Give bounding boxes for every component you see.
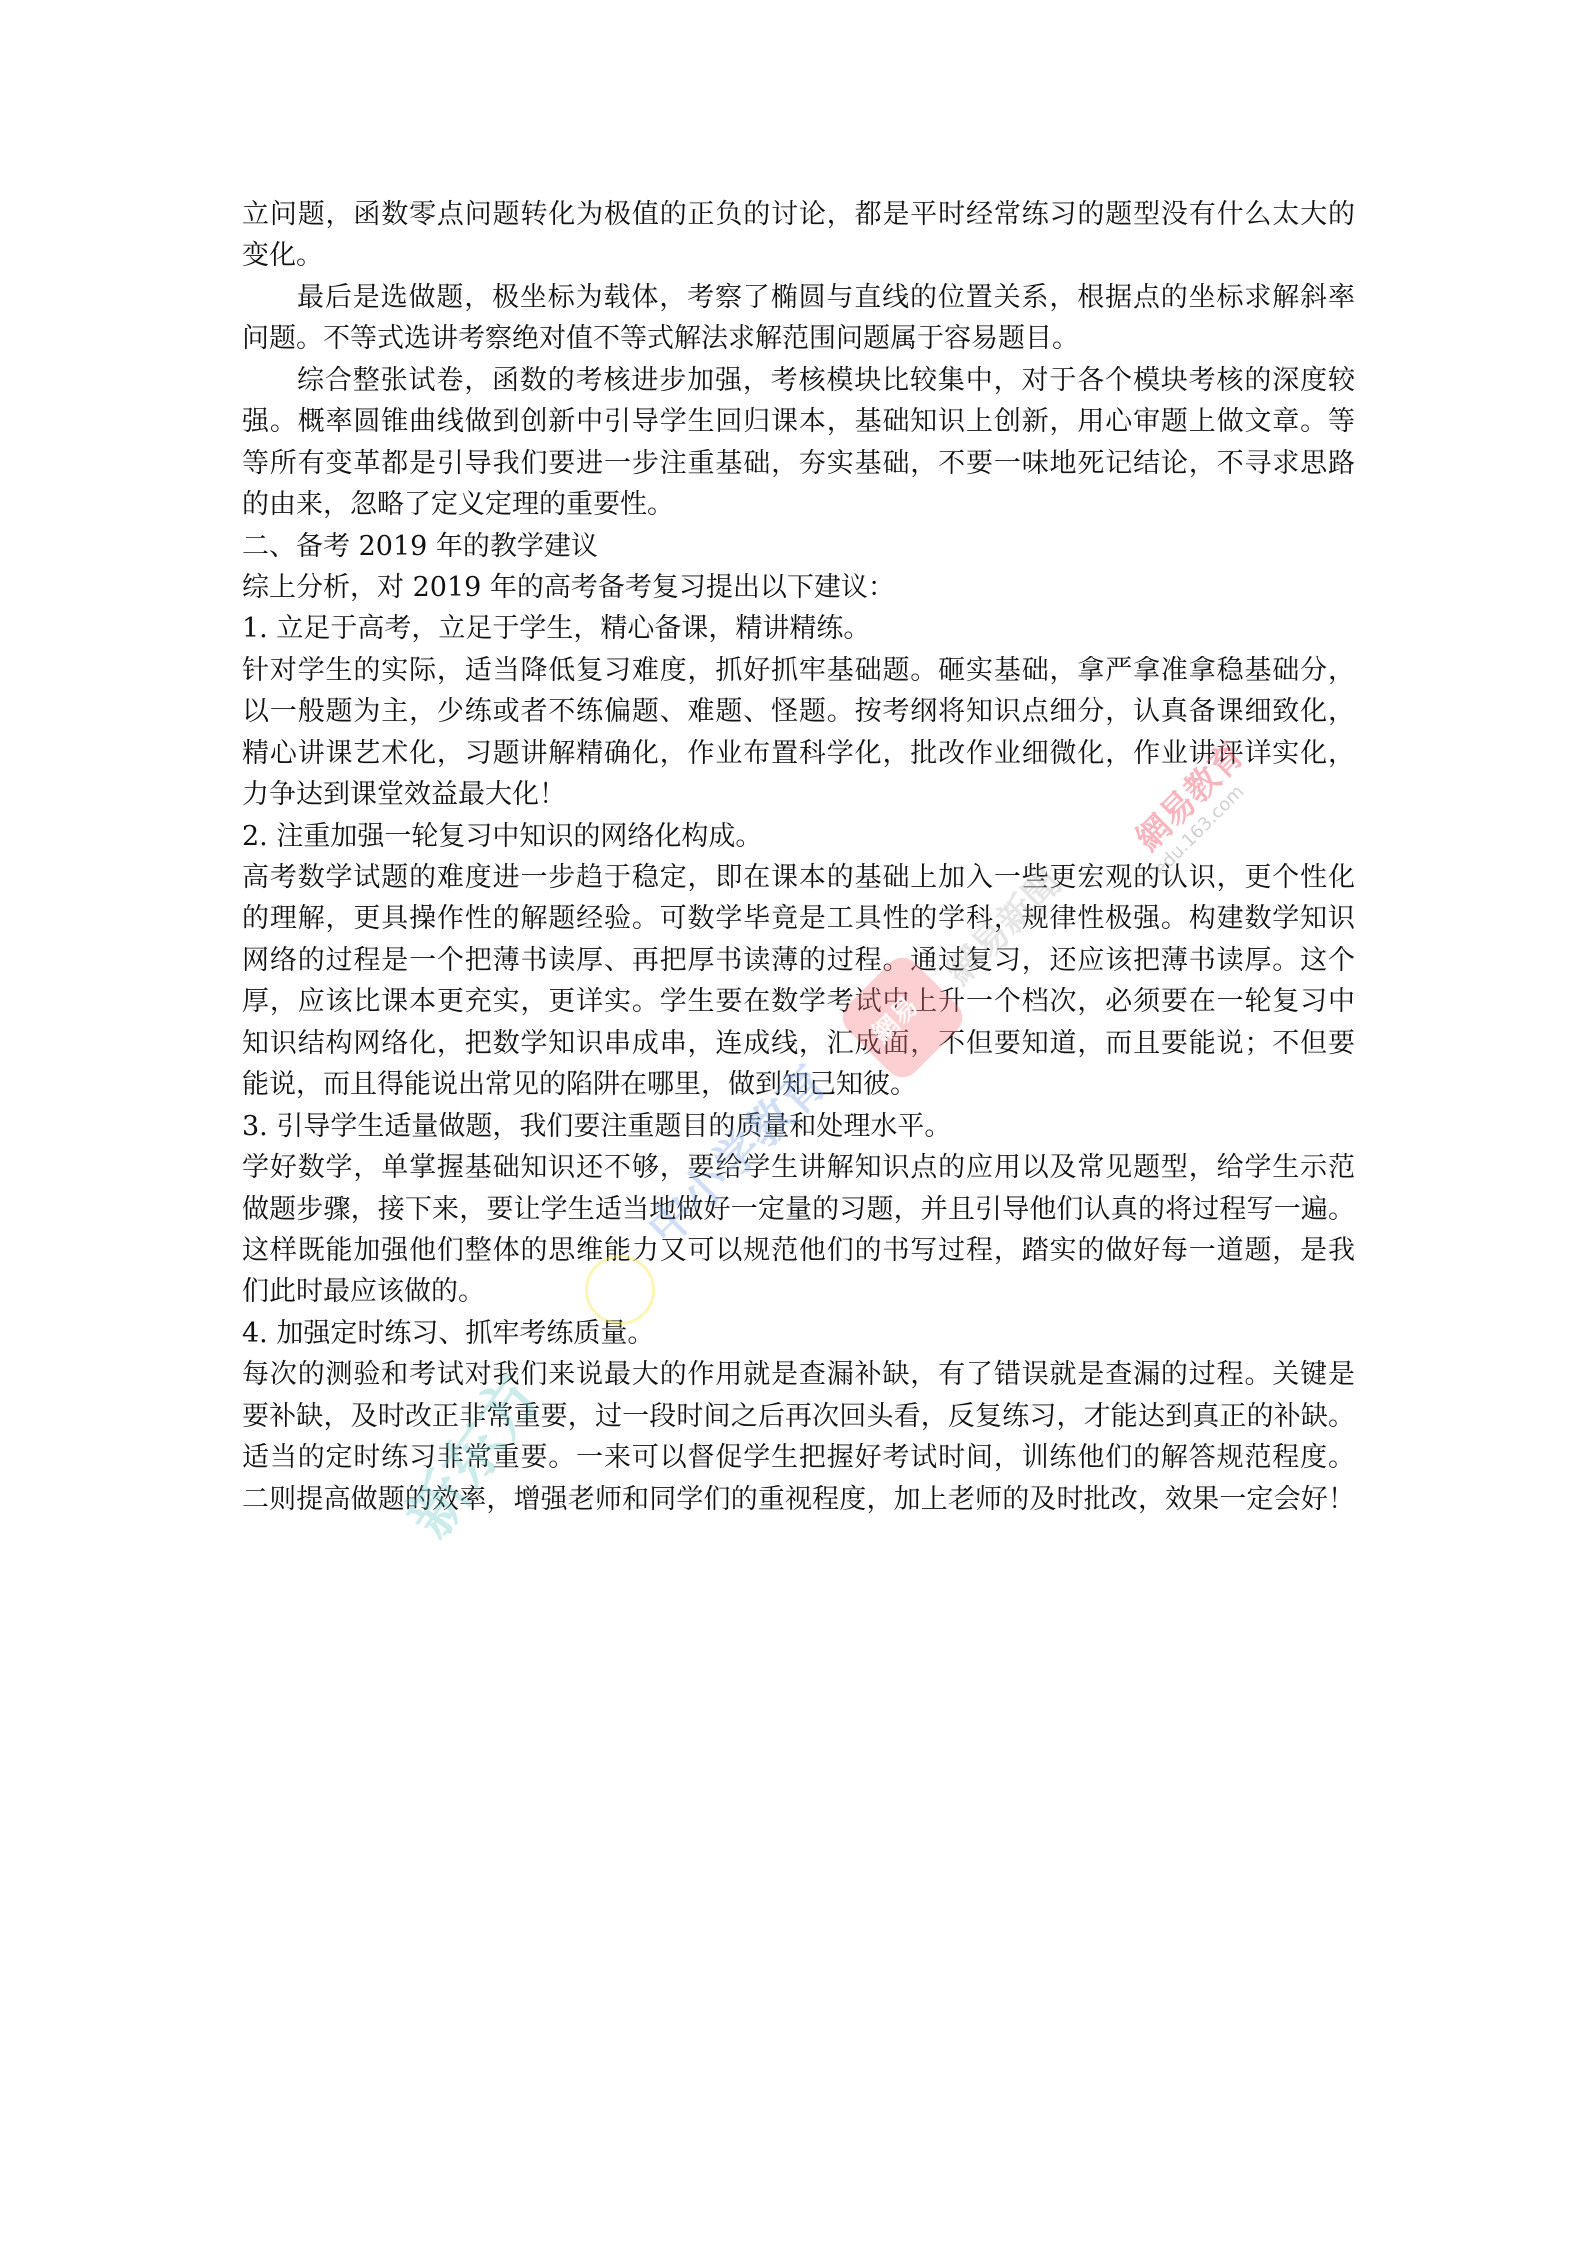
text-line: 强。概率圆锥曲线做到创新中引导学生回归课本，基础知识上创新，用心审题上做文章。等 <box>242 401 1355 442</box>
text-line: 适当的定时练习非常重要。一来可以督促学生把握好考试时间，训练他们的解答规范程度。 <box>242 1437 1355 1478</box>
document-page: 立问题，函数零点问题转化为极值的正负的讨论，都是平时经常练习的题型没有什么太大的… <box>0 0 1587 2245</box>
text-line: 每次的测验和考试对我们来说最大的作用就是查漏补缺，有了错误就是查漏的过程。关键是 <box>242 1354 1355 1395</box>
text-line: 高考数学试题的难度进一步趋于稳定，即在课本的基础上加入一些更宏观的认识，更个性化 <box>242 857 1355 898</box>
text-line: 的理解，更具操作性的解题经验。可数学毕竟是工具性的学科，规律性极强。构建数学知识 <box>242 898 1355 939</box>
text-line: 厚，应该比课本更充实，更详实。学生要在数学考试中上升一个档次，必须要在一轮复习中 <box>242 981 1355 1022</box>
text-line: 这样既能加强他们整体的思维能力又可以规范他们的书写过程，踏实的做好每一道题，是我 <box>242 1230 1355 1271</box>
text-line: 综上分析，对 2019 年的高考备考复习提出以下建议： <box>242 567 1355 608</box>
text-line: 二则提高做题的效率，增强老师和同学们的重视程度，加上老师的及时批改，效果一定会好… <box>242 1479 1355 1520</box>
text-line: 问题。不等式选讲考察绝对值不等式解法求解范围问题属于容易题目。 <box>242 318 1355 359</box>
document-body: 立问题，函数零点问题转化为极值的正负的讨论，都是平时经常练习的题型没有什么太大的… <box>242 194 1355 1520</box>
text-line: 做题步骤，接下来，要让学生适当地做好一定量的习题，并且引导他们认真的将过程写一遍… <box>242 1189 1355 1230</box>
text-line: 以一般题为主，少练或者不练偏题、难题、怪题。按考纲将知识点细分，认真备课细致化， <box>242 691 1355 732</box>
text-line: 力争达到课堂效益最大化！ <box>242 774 1355 815</box>
text-line: 立问题，函数零点问题转化为极值的正负的讨论，都是平时经常练习的题型没有什么太大的 <box>242 194 1355 235</box>
text-line: 4. 加强定时练习、抓牢考练质量。 <box>242 1313 1355 1354</box>
text-line: 2. 注重加强一轮复习中知识的网络化构成。 <box>242 816 1355 857</box>
text-line: 二、备考 2019 年的教学建议 <box>242 526 1355 567</box>
text-line: 网络的过程是一个把薄书读厚、再把厚书读薄的过程。通过复习，还应该把薄书读厚。这个 <box>242 940 1355 981</box>
text-line: 要补缺，及时改正非常重要，过一段时间之后再次回头看，反复练习，才能达到真正的补缺… <box>242 1396 1355 1437</box>
text-line: 1. 立足于高考，立足于学生，精心备课，精讲精练。 <box>242 608 1355 649</box>
text-line: 知识结构网络化，把数学知识串成串，连成线，汇成面，不但要知道，而且要能说；不但要 <box>242 1023 1355 1064</box>
text-line: 等所有变革都是引导我们要进一步注重基础，夯实基础，不要一味地死记结论，不寻求思路 <box>242 443 1355 484</box>
text-line: 变化。 <box>242 235 1355 276</box>
text-line: 精心讲课艺术化，习题讲解精确化，作业布置科学化，批改作业细微化，作业讲评详实化， <box>242 733 1355 774</box>
text-line: 针对学生的实际，适当降低复习难度，抓好抓牢基础题。砸实基础，拿严拿准拿稳基础分， <box>242 650 1355 691</box>
text-line: 学好数学，单掌握基础知识还不够，要给学生讲解知识点的应用以及常见题型，给学生示范 <box>242 1147 1355 1188</box>
text-line: 的由来，忽略了定义定理的重要性。 <box>242 484 1355 525</box>
text-line: 3. 引导学生适量做题，我们要注重题目的质量和处理水平。 <box>242 1106 1355 1147</box>
text-line: 最后是选做题，极坐标为载体，考察了椭圆与直线的位置关系，根据点的坐标求解斜率 <box>242 277 1355 318</box>
text-line: 能说，而且得能说出常见的陷阱在哪里，做到知己知彼。 <box>242 1064 1355 1105</box>
text-line: 综合整张试卷，函数的考核进步加强，考核模块比较集中，对于各个模块考核的深度较 <box>242 360 1355 401</box>
text-line: 们此时最应该做的。 <box>242 1271 1355 1312</box>
